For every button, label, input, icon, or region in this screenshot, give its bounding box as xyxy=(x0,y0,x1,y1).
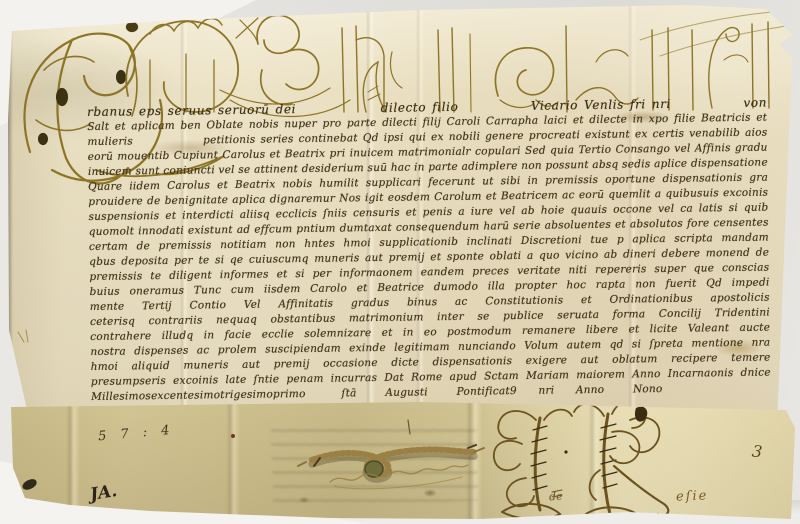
bleed-through-ghost-text xyxy=(271,418,479,507)
flourished-signature-initials xyxy=(494,400,668,519)
signature-caption-left: de xyxy=(549,490,563,504)
curl-cluster xyxy=(236,15,319,104)
margin-mark xyxy=(18,330,28,342)
ascender-group-a xyxy=(342,26,402,112)
photograph: rbanus eps seruus seruorū dei dilecto fi… xyxy=(0,0,800,524)
numeral-mark: 3 xyxy=(751,442,763,462)
ink-blot xyxy=(21,478,38,492)
signature-caption-right: eſie xyxy=(676,488,709,504)
archivist-monogram: JA. xyxy=(89,481,119,505)
shelfmark-inscription: 5 7 : 4 xyxy=(97,423,175,445)
manuscript-text-block: rbanus eps seruus seruorū dei dilecto fi… xyxy=(87,96,771,405)
hairline-strokes xyxy=(640,12,786,56)
red-speck xyxy=(231,434,235,438)
